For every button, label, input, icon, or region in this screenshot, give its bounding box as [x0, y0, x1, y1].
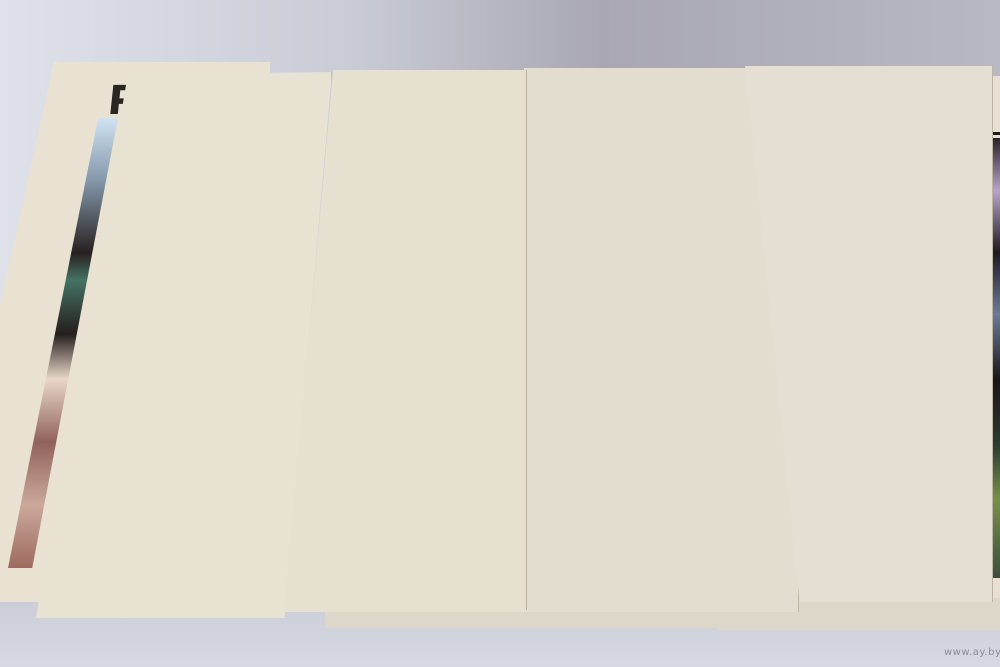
center-fold	[526, 70, 527, 610]
watermark: www.ay.by	[944, 647, 1000, 658]
